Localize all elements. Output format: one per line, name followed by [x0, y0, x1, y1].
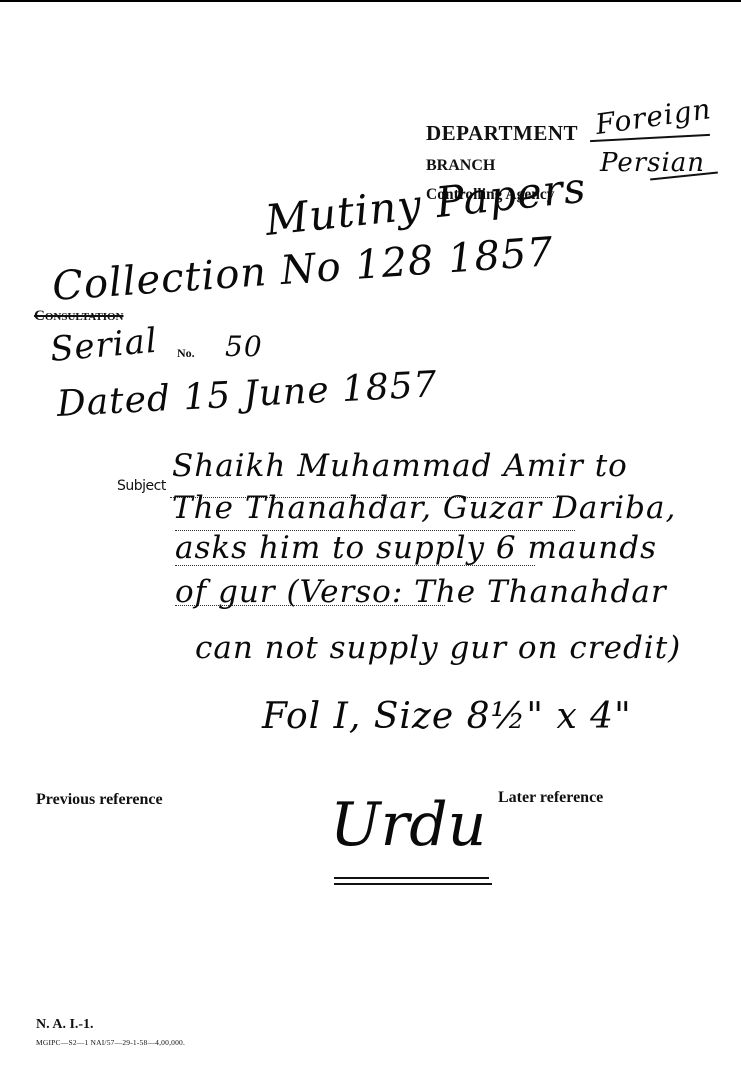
consultation-label-struck: Consultation [34, 308, 124, 325]
later-reference-label: Later reference [498, 789, 603, 807]
serial-no-value: 50 [225, 330, 263, 363]
language-double-underline [334, 883, 492, 885]
subject-line-4: of gur (Verso: The Thanahdar [175, 574, 667, 610]
language-underline [334, 877, 489, 879]
subject-line-3: asks him to supply 6 maunds [175, 530, 657, 566]
form-number: N. A. I.-1. [36, 1017, 94, 1033]
subject-line-1: Shaikh Muhammad Amir to [172, 448, 628, 484]
print-imprint-line: MGIPC—S2—1 NAI/57—29-1-58—4,00,000. [36, 1038, 185, 1047]
previous-reference-label: Previous reference [36, 791, 163, 809]
subject-line-2: The Thanahdar, Guzar Dariba, [172, 490, 676, 526]
subject-label: Subject [117, 478, 166, 494]
serial-handwritten-prefix: Serial [49, 321, 160, 370]
serial-no-label: No. [177, 346, 195, 361]
dated-field: Dated 15 June 1857 [56, 364, 439, 425]
folio-size: Fol I, Size 8½" x 4" [262, 696, 632, 737]
top-border-rule [0, 0, 741, 2]
language-annotation: Urdu [330, 790, 486, 860]
subject-line-5: can not supply gur on credit) [195, 630, 681, 666]
department-label: DEPARTMENT [426, 121, 578, 146]
